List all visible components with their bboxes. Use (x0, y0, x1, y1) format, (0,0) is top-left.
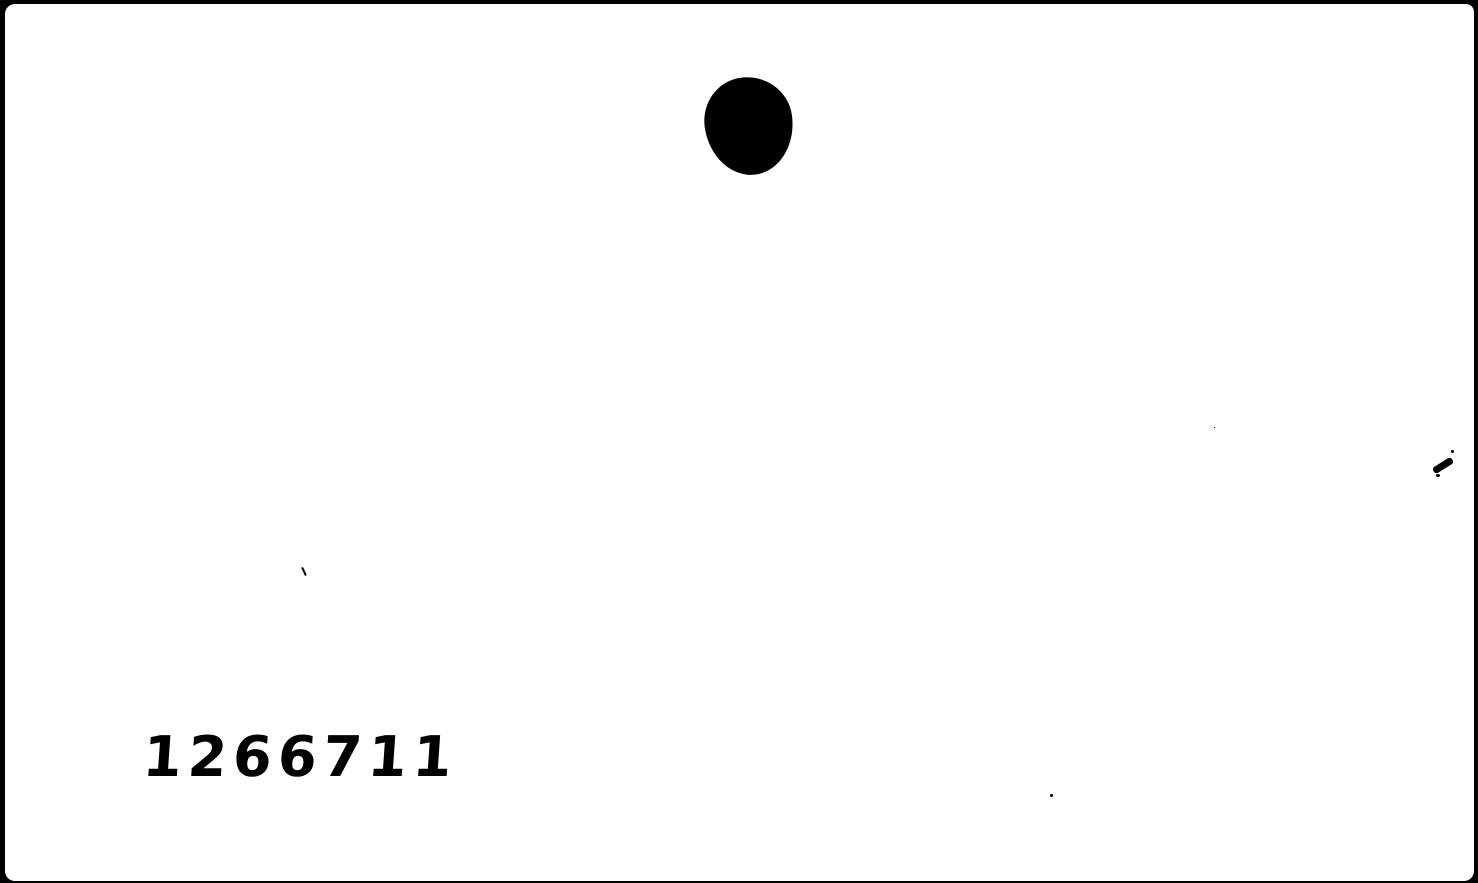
ink-speck (1436, 474, 1440, 477)
punch-hole (699, 71, 800, 180)
ink-speck (1214, 427, 1215, 428)
ink-speck (1050, 794, 1053, 797)
handwritten-number: 1266711 (141, 730, 460, 786)
index-card: 1266711 (5, 4, 1474, 881)
ink-speck (1451, 450, 1454, 453)
